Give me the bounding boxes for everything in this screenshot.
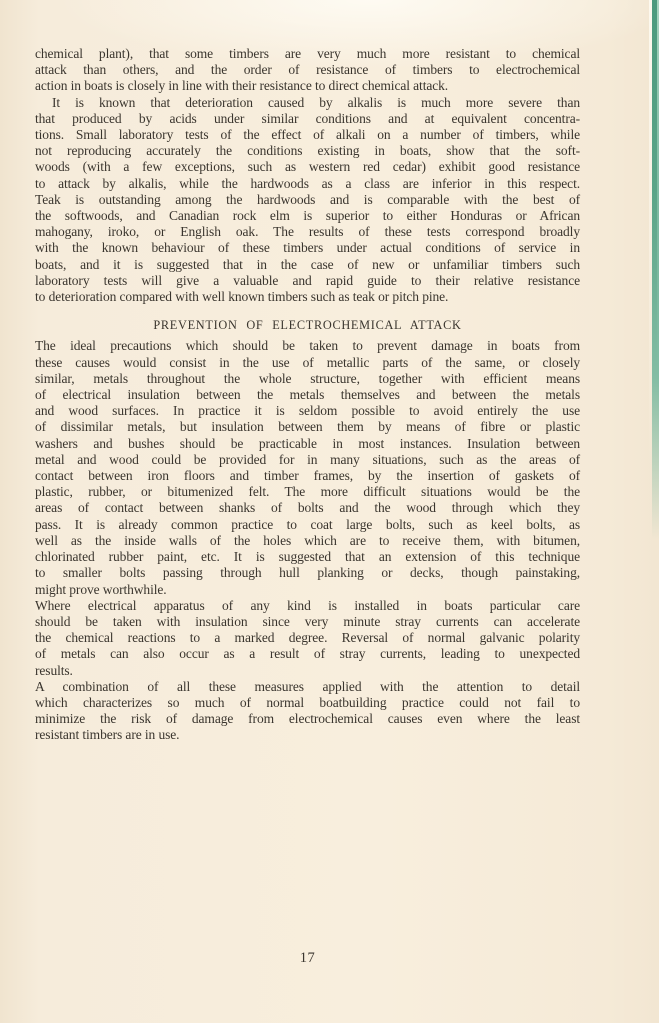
text-line: of dissimilar metals, but insulation bet… [35,419,580,435]
text-line: well as the inside walls of the holes wh… [35,533,580,549]
text-line: metal and wood could be provided for in … [35,452,580,468]
text-line: these causes would consist in the use of… [35,355,580,371]
text-line: chlorinated rubber paint, etc. It is sug… [35,549,580,565]
text-line: It is known that deterioration caused by… [35,95,580,111]
text-line: that produced by acids under similar con… [35,111,580,127]
text-line: contact between iron floors and timber f… [35,468,580,484]
text-line: woods (with a few exceptions, such as we… [35,159,580,175]
text-line: of metals can also occur as a result of … [35,646,580,662]
text-line: tions. Small laboratory tests of the eff… [35,127,580,143]
text-line: mahogany, iroko, or English oak. The res… [35,224,580,240]
text-line: might prove worthwhile. [35,582,580,598]
text-line: Teak is outstanding among the hardwoods … [35,192,580,208]
text-line: plastic, rubber, or bitumenized felt. Th… [35,484,580,500]
text-line: pass. It is already common practice to c… [35,517,580,533]
text-line: and wood surfaces. In practice it is sel… [35,403,580,419]
text-line: to attack by alkalis, while the hardwood… [35,176,580,192]
text-line: to smaller bolts passing through hull pl… [35,565,580,581]
text-line: minimize the risk of damage from electro… [35,711,580,727]
text-line: The ideal precautions which should be ta… [35,338,580,354]
text-line: resistant timbers are in use. [35,727,580,743]
text-line: action in boats is closely in line with … [35,78,580,94]
text-line: areas of contact between shanks of bolts… [35,500,580,516]
page-text-column: chemical plant), that some timbers are v… [35,46,580,744]
text-line: the chemical reactions to a marked degre… [35,630,580,646]
paragraph: Where electrical apparatus of any kind i… [35,598,580,679]
paragraph: It is known that deterioration caused by… [35,95,580,306]
text-line: to deterioration compared with well know… [35,289,580,305]
scanned-book-page: chemical plant), that some timbers are v… [0,0,659,1023]
text-line: similar, metals throughout the whole str… [35,371,580,387]
text-line: of electrical insulation between the met… [35,387,580,403]
text-line: which characterizes so much of normal bo… [35,695,580,711]
text-line: the softwoods, and Canadian rock elm is … [35,208,580,224]
text-line: A combination of all these measures appl… [35,679,580,695]
paragraph-continuation: chemical plant), that some timbers are v… [35,46,580,95]
text-line: boats, and it is suggested that in the c… [35,257,580,273]
text-line: chemical plant), that some timbers are v… [35,46,580,62]
text-line: with the known behaviour of these timber… [35,240,580,256]
text-line: Where electrical apparatus of any kind i… [35,598,580,614]
page-number: 17 [35,950,580,967]
text-line: attack than others, and the order of res… [35,62,580,78]
paragraph: The ideal precautions which should be ta… [35,338,580,597]
text-line: laboratory tests will give a valuable an… [35,273,580,289]
section-heading: PREVENTION OF ELECTROCHEMICAL ATTACK [35,317,580,333]
text-line: washers and bushes should be practicable… [35,436,580,452]
text-line: should be taken with insulation since ve… [35,614,580,630]
paragraph: A combination of all these measures appl… [35,679,580,744]
text-line: not reproducing accurately the condition… [35,143,580,159]
text-line: results. [35,663,580,679]
adjacent-page-edge [652,0,659,540]
